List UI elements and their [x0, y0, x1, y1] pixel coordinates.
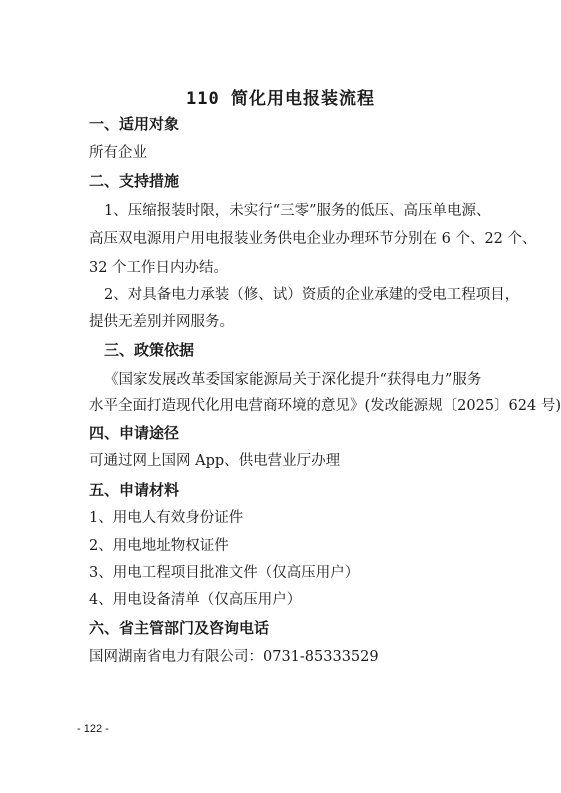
material-item: 1、用电人有效身份证件	[89, 509, 243, 527]
section-heading-applicable-objects: 一、适用对象	[89, 115, 179, 133]
section-text: 《国家发展改革委国家能源局关于深化提升“获得电力”服务	[104, 371, 481, 389]
document-page: 110 简化用电报装流程 一、适用对象 所有企业 二、支持措施 1、压缩报装时限…	[0, 0, 561, 793]
material-item: 4、用电设备清单（仅高压用户）	[89, 591, 301, 609]
material-item: 3、用电工程项目批准文件（仅高压用户）	[89, 564, 359, 582]
section-heading-support-measures: 二、支持措施	[89, 172, 179, 190]
document-title: 110 简化用电报装流程	[0, 84, 561, 109]
section-heading-application-materials: 五、申请材料	[89, 481, 179, 499]
section-heading-policy-basis: 三、政策依据	[104, 341, 194, 359]
contact-phone: 国网湖南省电力有限公司：0731-85333529	[89, 648, 379, 666]
page-number: - 122 -	[77, 723, 109, 735]
section-heading-application-channel: 四、申请途径	[89, 424, 179, 442]
section-text: 2、对具备电力承装（修、试）资质的企业承建的受电工程项目，	[104, 286, 519, 304]
section-text: 1、压缩报装时限，未实行“三零”服务的低压、高压单电源、	[104, 202, 491, 220]
section-text: 高压双电源用户用电报装业务供电企业办理环节分别在 6 个、22 个、	[89, 230, 537, 248]
material-item: 2、用电地址物权证件	[89, 537, 229, 555]
section-text: 32 个工作日内办结。	[89, 259, 228, 277]
section-text: 所有企业	[89, 144, 147, 162]
section-heading-contact: 六、省主管部门及咨询电话	[89, 619, 269, 637]
section-text: 提供无差别并网服务。	[89, 313, 234, 331]
section-text: 水平全面打造现代化用电营商环境的意见》(发改能源规〔2025〕624 号)	[89, 397, 561, 415]
section-text: 可通过网上国网 App、供电营业厅办理	[89, 452, 340, 470]
